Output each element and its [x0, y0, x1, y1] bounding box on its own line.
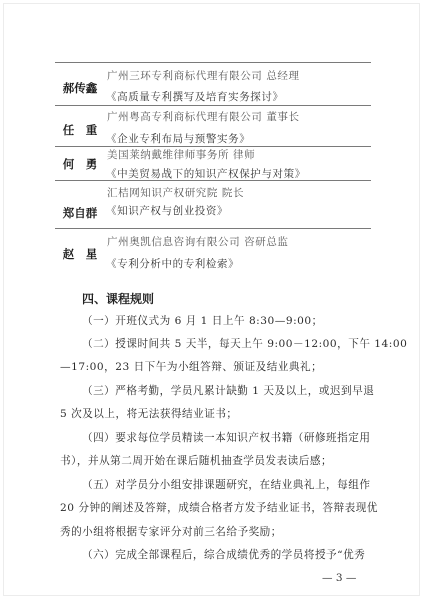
speaker-topic: 《知识产权与创业投资》 — [106, 203, 228, 218]
rule-line: 秀的小组将根据专家评分对前三名给予奖励； — [60, 525, 372, 539]
speaker-topic: 《高质量专利撰写及培育实务探讨》 — [106, 89, 284, 104]
speaker-name: 郑自群 — [55, 205, 105, 221]
rule-line: 书），并从第二周开始在课后随机抽查学员发表读后感； — [60, 454, 372, 468]
speaker-topic: 《企业专利布局与预警实务》 — [106, 131, 250, 146]
speaker-org: 广州三环专利商标代理有限公司 总经理 — [107, 68, 300, 83]
rule-line: （四）要求每位学员精读一本知识产权书籍（研修班指定用 — [82, 431, 372, 445]
section-heading: 四、课程规则 — [82, 290, 154, 307]
rule-line: （二）授课时间共 5 天半，每天上午 9:00－12:00，下午 14:00 — [82, 337, 372, 351]
speaker-org: 汇桔网知识产权研究院 院长 — [107, 185, 244, 200]
speaker-name: 任 重 — [55, 122, 105, 138]
rule-line: 20 分钟的阐述及答辩，成绩合格者方发予结业证书，答辩表现优 — [60, 501, 372, 515]
rule-line: （五）对学员分小组安排课题研究，在结业典礼上，每组作 — [82, 478, 372, 492]
table-divider — [55, 62, 371, 63]
speaker-org: 美国莱纳戴维律师事务所 律师 — [107, 147, 255, 162]
speaker-org: 广州粤高专利商标代理有限公司 董事长 — [107, 109, 300, 124]
rule-line: （三）严格考勤，学员凡累计缺勤 1 天及以上，或迟到早退 — [82, 384, 372, 398]
speaker-topic: 《专利分析中的专利检索》 — [106, 256, 239, 271]
speaker-name: 赵 星 — [55, 246, 105, 262]
page-number: — 3 — — [322, 572, 356, 584]
speaker-topic: 《中美贸易战下的知识产权保护与对策》 — [106, 166, 306, 181]
rule-line: —17:00，23 日下午为小组答辩、颁证及结业典礼； — [60, 360, 372, 374]
speaker-name: 郝传鑫 — [55, 80, 105, 96]
rule-line: （六）完成全部课程后，综合成绩优秀的学员将授予“优秀 — [82, 548, 372, 562]
table-divider — [55, 228, 371, 229]
rule-line: 5 次及以上，将无法获得结业证书； — [60, 407, 372, 421]
table-divider — [55, 105, 371, 106]
speaker-org: 广州奥凯信息咨询有限公司 咨研总监 — [107, 234, 289, 249]
table-divider — [55, 180, 371, 181]
rule-line: （一）开班仪式为 6 月 1 日上午 8:30—9:00； — [82, 314, 372, 328]
speaker-name: 何 勇 — [55, 156, 105, 172]
